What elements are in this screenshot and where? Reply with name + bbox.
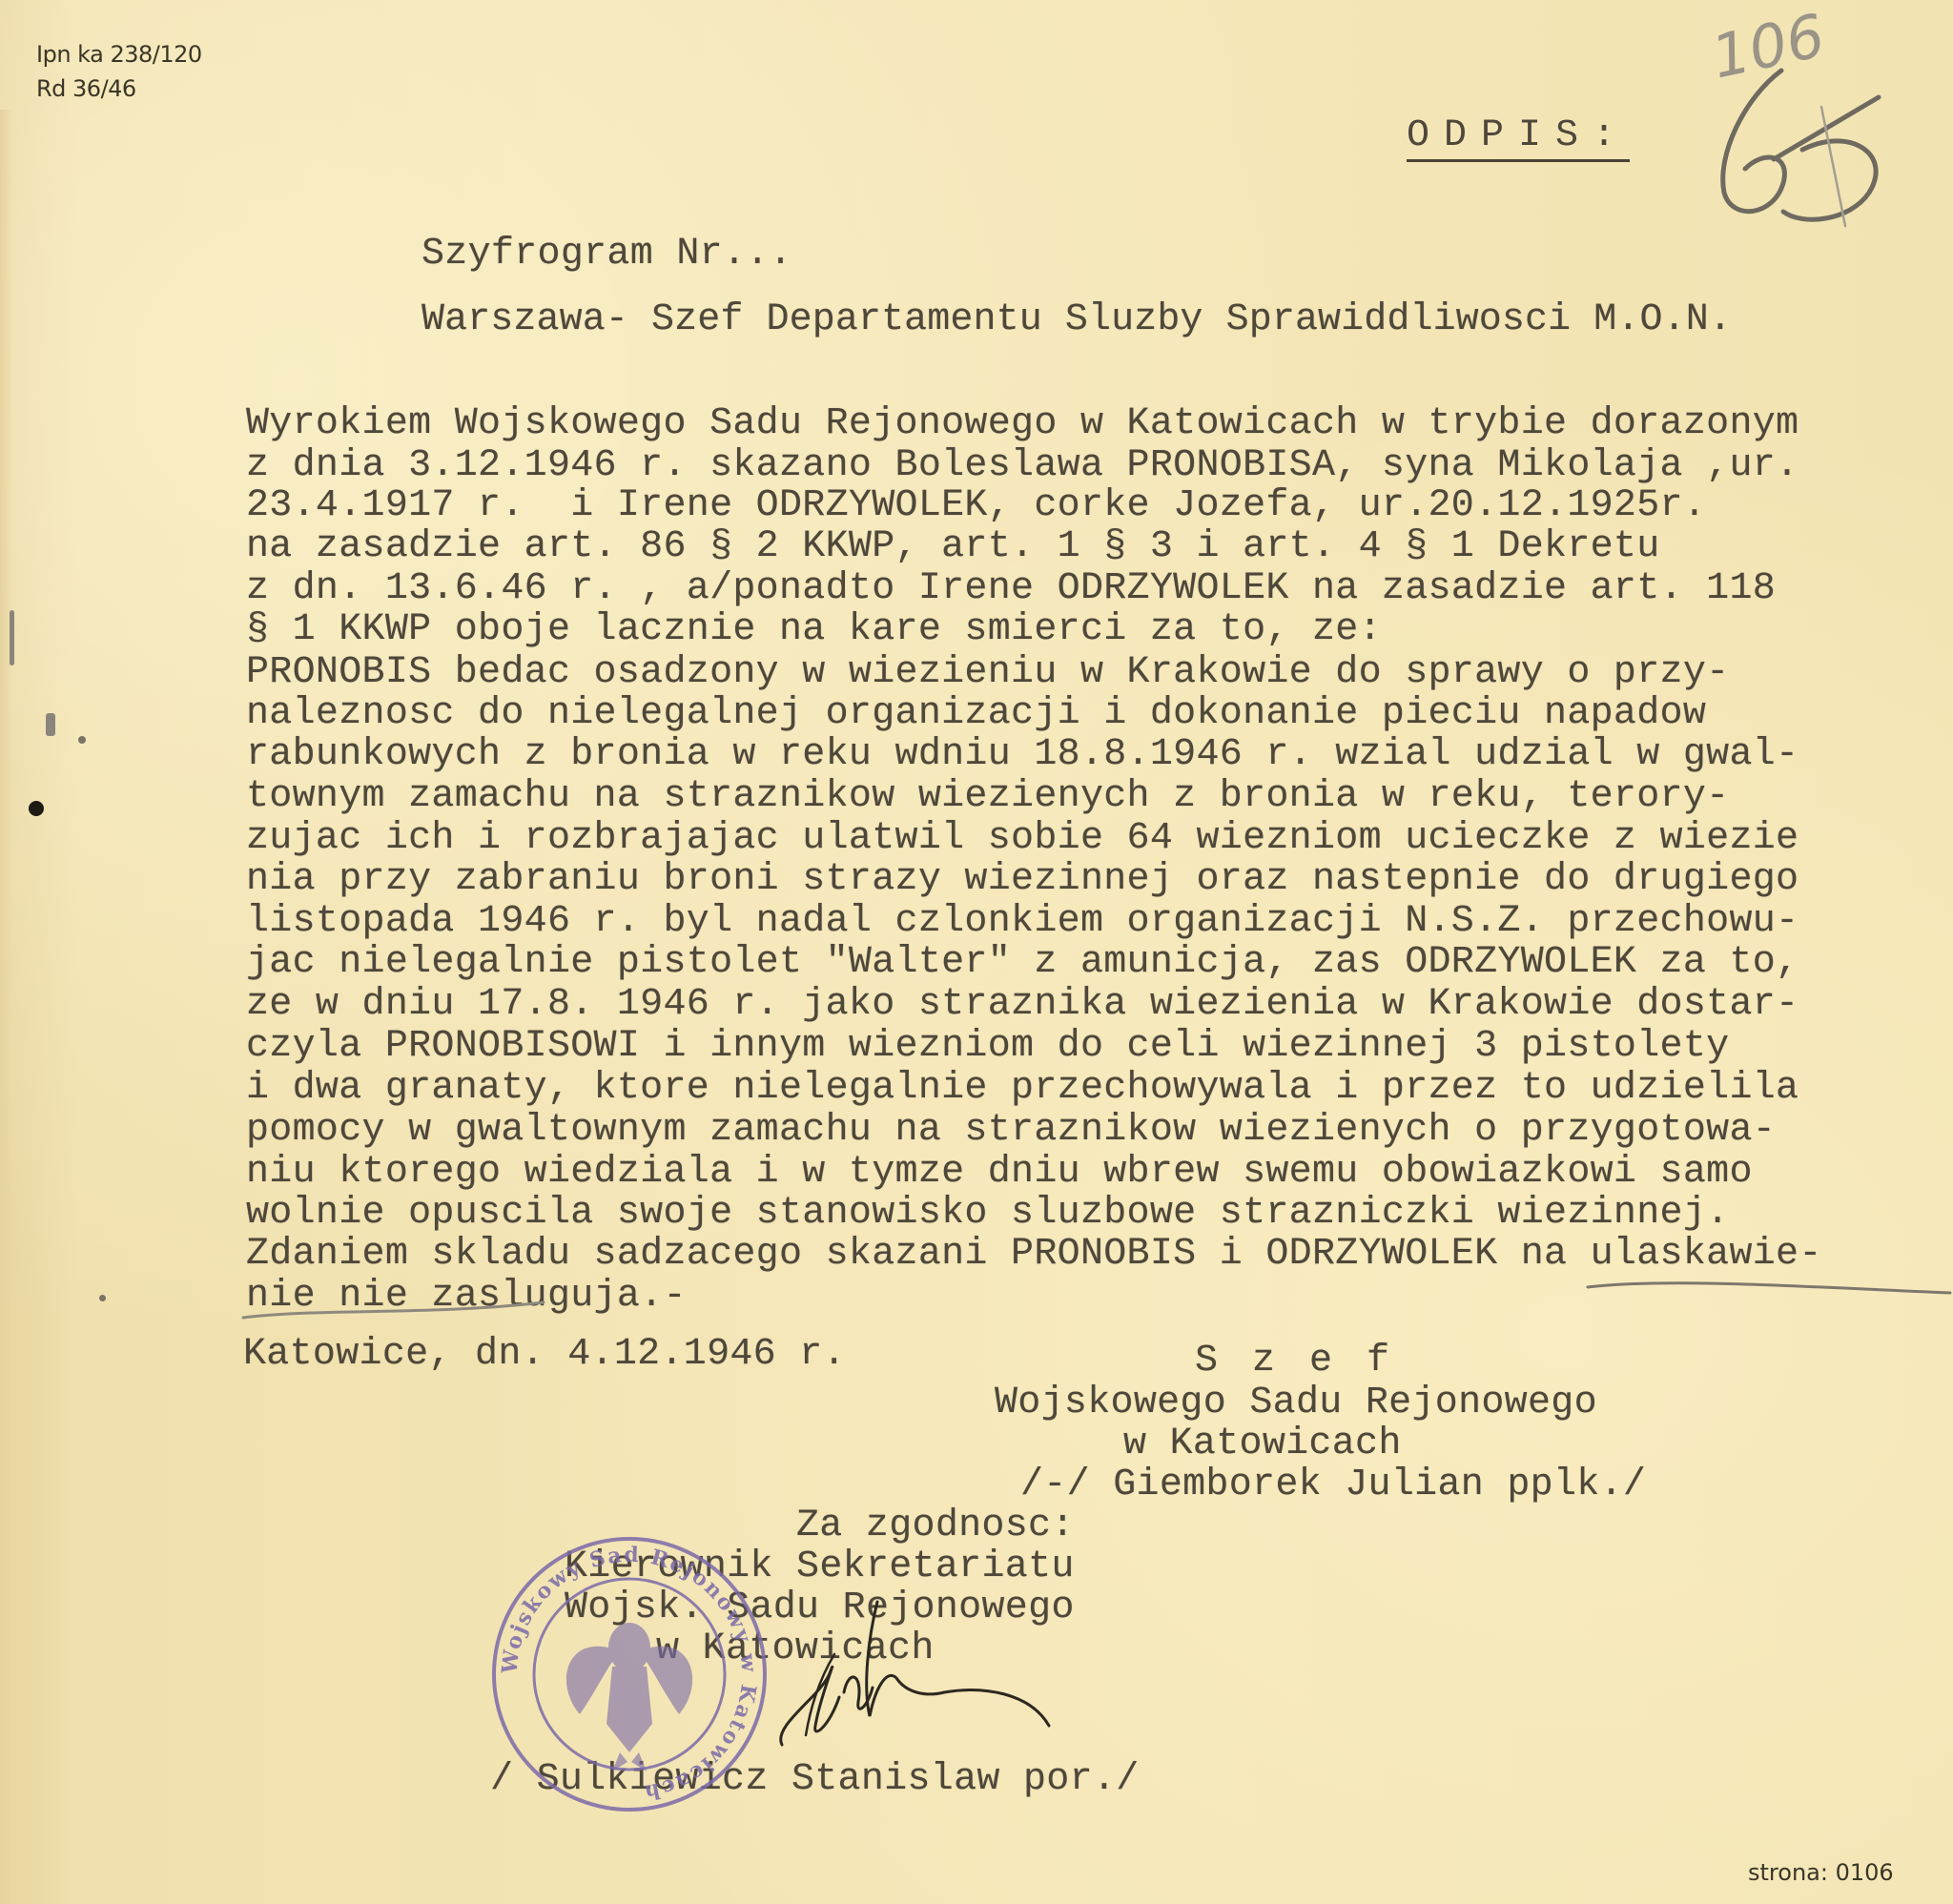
court-stamp-icon: Wojskowy Sad Rejonowy w Katowicach: [488, 1533, 771, 1815]
body-line: listopada 1946 r. byl nadal czlonkiem or…: [246, 900, 1799, 943]
signatory-court: Wojskowego Sadu Rejonowego: [995, 1382, 1597, 1424]
body-line: z dnia 3.12.1946 r. skazano Boleslawa PR…: [246, 444, 1799, 487]
body-line: pomocy w gwaltownym zamachu na strazniko…: [246, 1109, 1776, 1152]
body-line: czyla PRONOBISOWI i innym wiezniom do ce…: [246, 1025, 1729, 1068]
signatory-name: /-/ Giemborek Julian pplk./: [1020, 1464, 1646, 1506]
body-line: rabunkowych z bronia w reku wdniu 18.8.1…: [246, 733, 1799, 776]
body-line: ze w dniu 17.8. 1946 r. jako straznika w…: [246, 983, 1799, 1026]
handwritten-signature-icon: [763, 1583, 1078, 1754]
handwritten-number-63-icon: [1707, 59, 1888, 231]
body-line: townym zamachu na straznikow wiezienych …: [246, 775, 1729, 818]
margin-mark: [46, 713, 55, 736]
eagle-emblem-icon: [566, 1623, 692, 1771]
body-line: zujac ich i rozbrajajac ulatwil sobie 64…: [246, 817, 1799, 860]
margin-speck: [78, 736, 86, 744]
margin-mark: [10, 610, 14, 665]
signatory-title: S z e f: [1195, 1340, 1395, 1382]
punch-hole-mark: [29, 801, 44, 816]
margin-speck: [99, 1295, 106, 1301]
body-line: naleznosc do nielegalnej organizacji i d…: [246, 692, 1706, 735]
page-edge-shadow: [0, 110, 13, 1904]
signatory-location: w Katowicach: [1123, 1423, 1402, 1465]
body-line: 23.4.1917 r. i Irene ODRZYWOLEK, corke J…: [246, 484, 1706, 527]
body-line: § 1 KKWP oboje lacznie na kare smierci z…: [246, 608, 1382, 651]
body-line: PRONOBIS bedac osadzony w wiezieniu w Kr…: [246, 651, 1729, 694]
recipient-line: Warszawa- Szef Departamentu Sluzby Spraw…: [421, 298, 1732, 341]
page-marker: strona: 0106: [1748, 1859, 1894, 1886]
body-line: z dn. 13.6.46 r. , a/ponadto Irene ODRZY…: [246, 567, 1776, 610]
body-line: jac nielegalnie pistolet "Walter" z amun…: [246, 941, 1799, 984]
pencil-underline-marks-icon: [238, 1239, 1953, 1325]
cipher-number-line: Szyfrogram Nr...: [421, 233, 792, 276]
certification-heading: Za zgodnosc:: [796, 1505, 1075, 1547]
body-line: niu ktorego wiedziala i w tymze dniu wbr…: [246, 1151, 1753, 1194]
copy-heading: ODPIS:: [1407, 114, 1630, 162]
body-line: na zasadzie art. 86 § 2 KKWP, art. 1 § 3…: [246, 525, 1660, 568]
archive-reference-line-1: Ipn ka 238/120: [36, 38, 202, 71]
body-line: Wyrokiem Wojskowego Sadu Rejonowego w Ka…: [246, 402, 1799, 445]
archive-reference-line-2: Rd 36/46: [36, 72, 136, 105]
place-date: Katowice, dn. 4.12.1946 r.: [243, 1333, 846, 1376]
body-line: nia przy zabraniu broni strazy wiezinnej…: [246, 858, 1799, 901]
body-line: wolnie opuscila swoje stanowisko sluzbow…: [246, 1192, 1729, 1235]
body-line: i dwa granaty, ktore nielegalnie przecho…: [246, 1067, 1799, 1110]
